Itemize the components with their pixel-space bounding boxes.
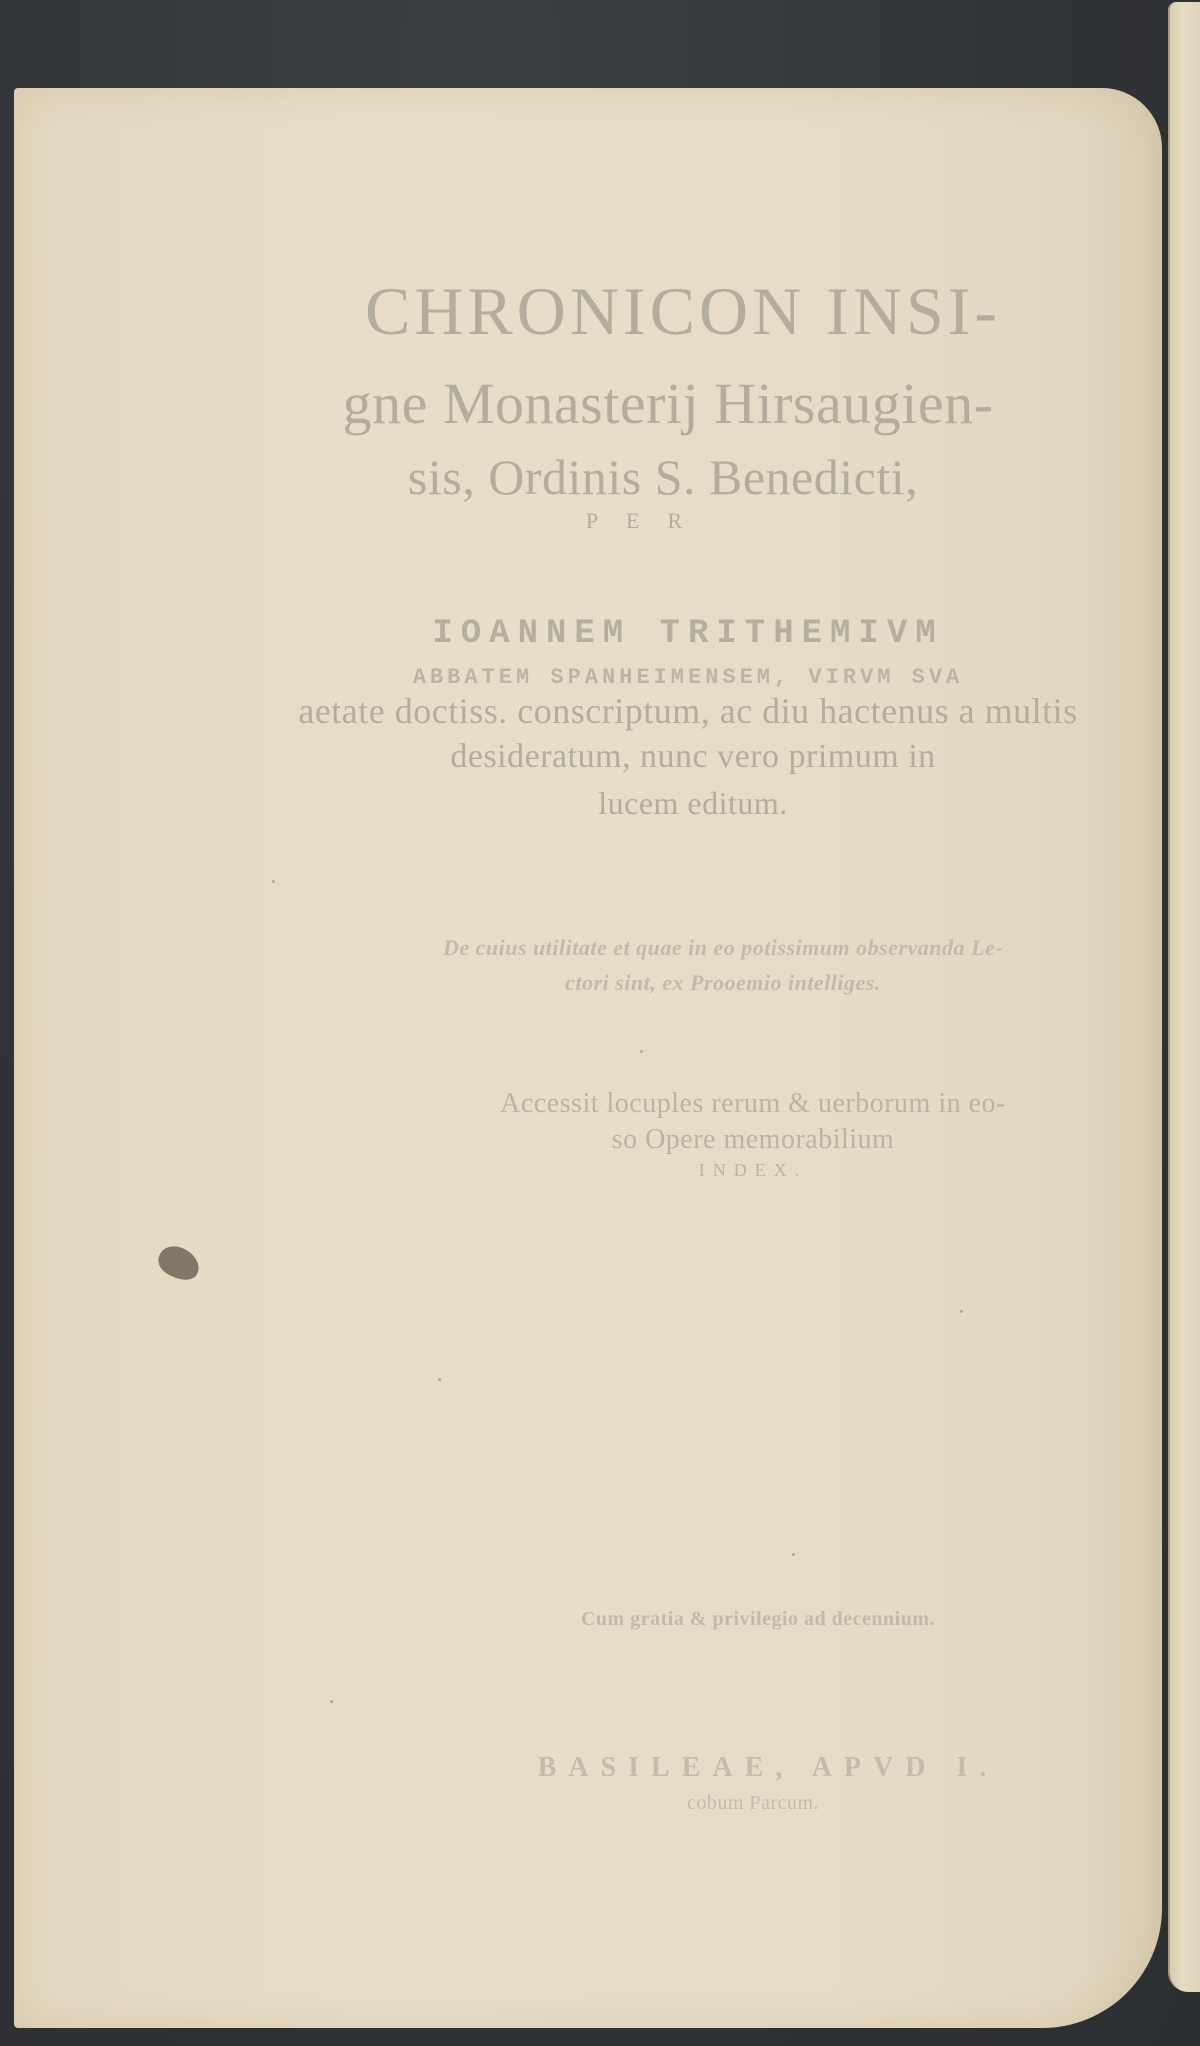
title-line-3: sis, Ordinis S. Benedicti, [14,448,1162,506]
index-line-1: Accessit locuples rerum & uerborum in eo… [14,1088,1162,1120]
title-line-2: gne Monasterij Hirsaugien- [14,370,1162,437]
description-line-3: lucem editum. [14,785,1162,822]
author-line-2: ABBATEM SPANHEIMENSEM, VIRVM SVA [14,665,1162,690]
description-line-2: desideratum, nunc vero primum in [14,738,1162,776]
author-line-1: IOANNEM TRITHEMIVM [14,615,1162,653]
imprint-line-1: BASILEAE, APVD I. [14,1752,1162,1784]
index-line-3: INDEX. [14,1160,1162,1181]
paper-speck [272,880,275,883]
paper-speck [438,1378,441,1381]
description-line-1: aetate doctiss. conscriptum, ac diu hact… [14,690,1162,732]
index-line-2: so Opere memorabilium [14,1124,1162,1156]
italic-note-line-1: De cuius utilitate et quae in eo potissi… [14,935,1162,961]
paper-speck [960,1310,963,1313]
paper-speck [330,1700,333,1703]
privilege-line: Cum gratia & privilegio ad decennium. [14,1608,1162,1631]
italic-note-line-2: ctori sint, ex Prooemio intelliges. [14,970,1162,996]
imprint-line-2: cobum Parcum. [14,1792,1162,1815]
per-line: PER [14,508,1162,534]
title-line-1: CHRONICON INSI- [14,272,1162,351]
next-page-edge [1168,2,1200,1992]
paper-speck [640,1050,643,1053]
paper-speck [792,1553,795,1556]
